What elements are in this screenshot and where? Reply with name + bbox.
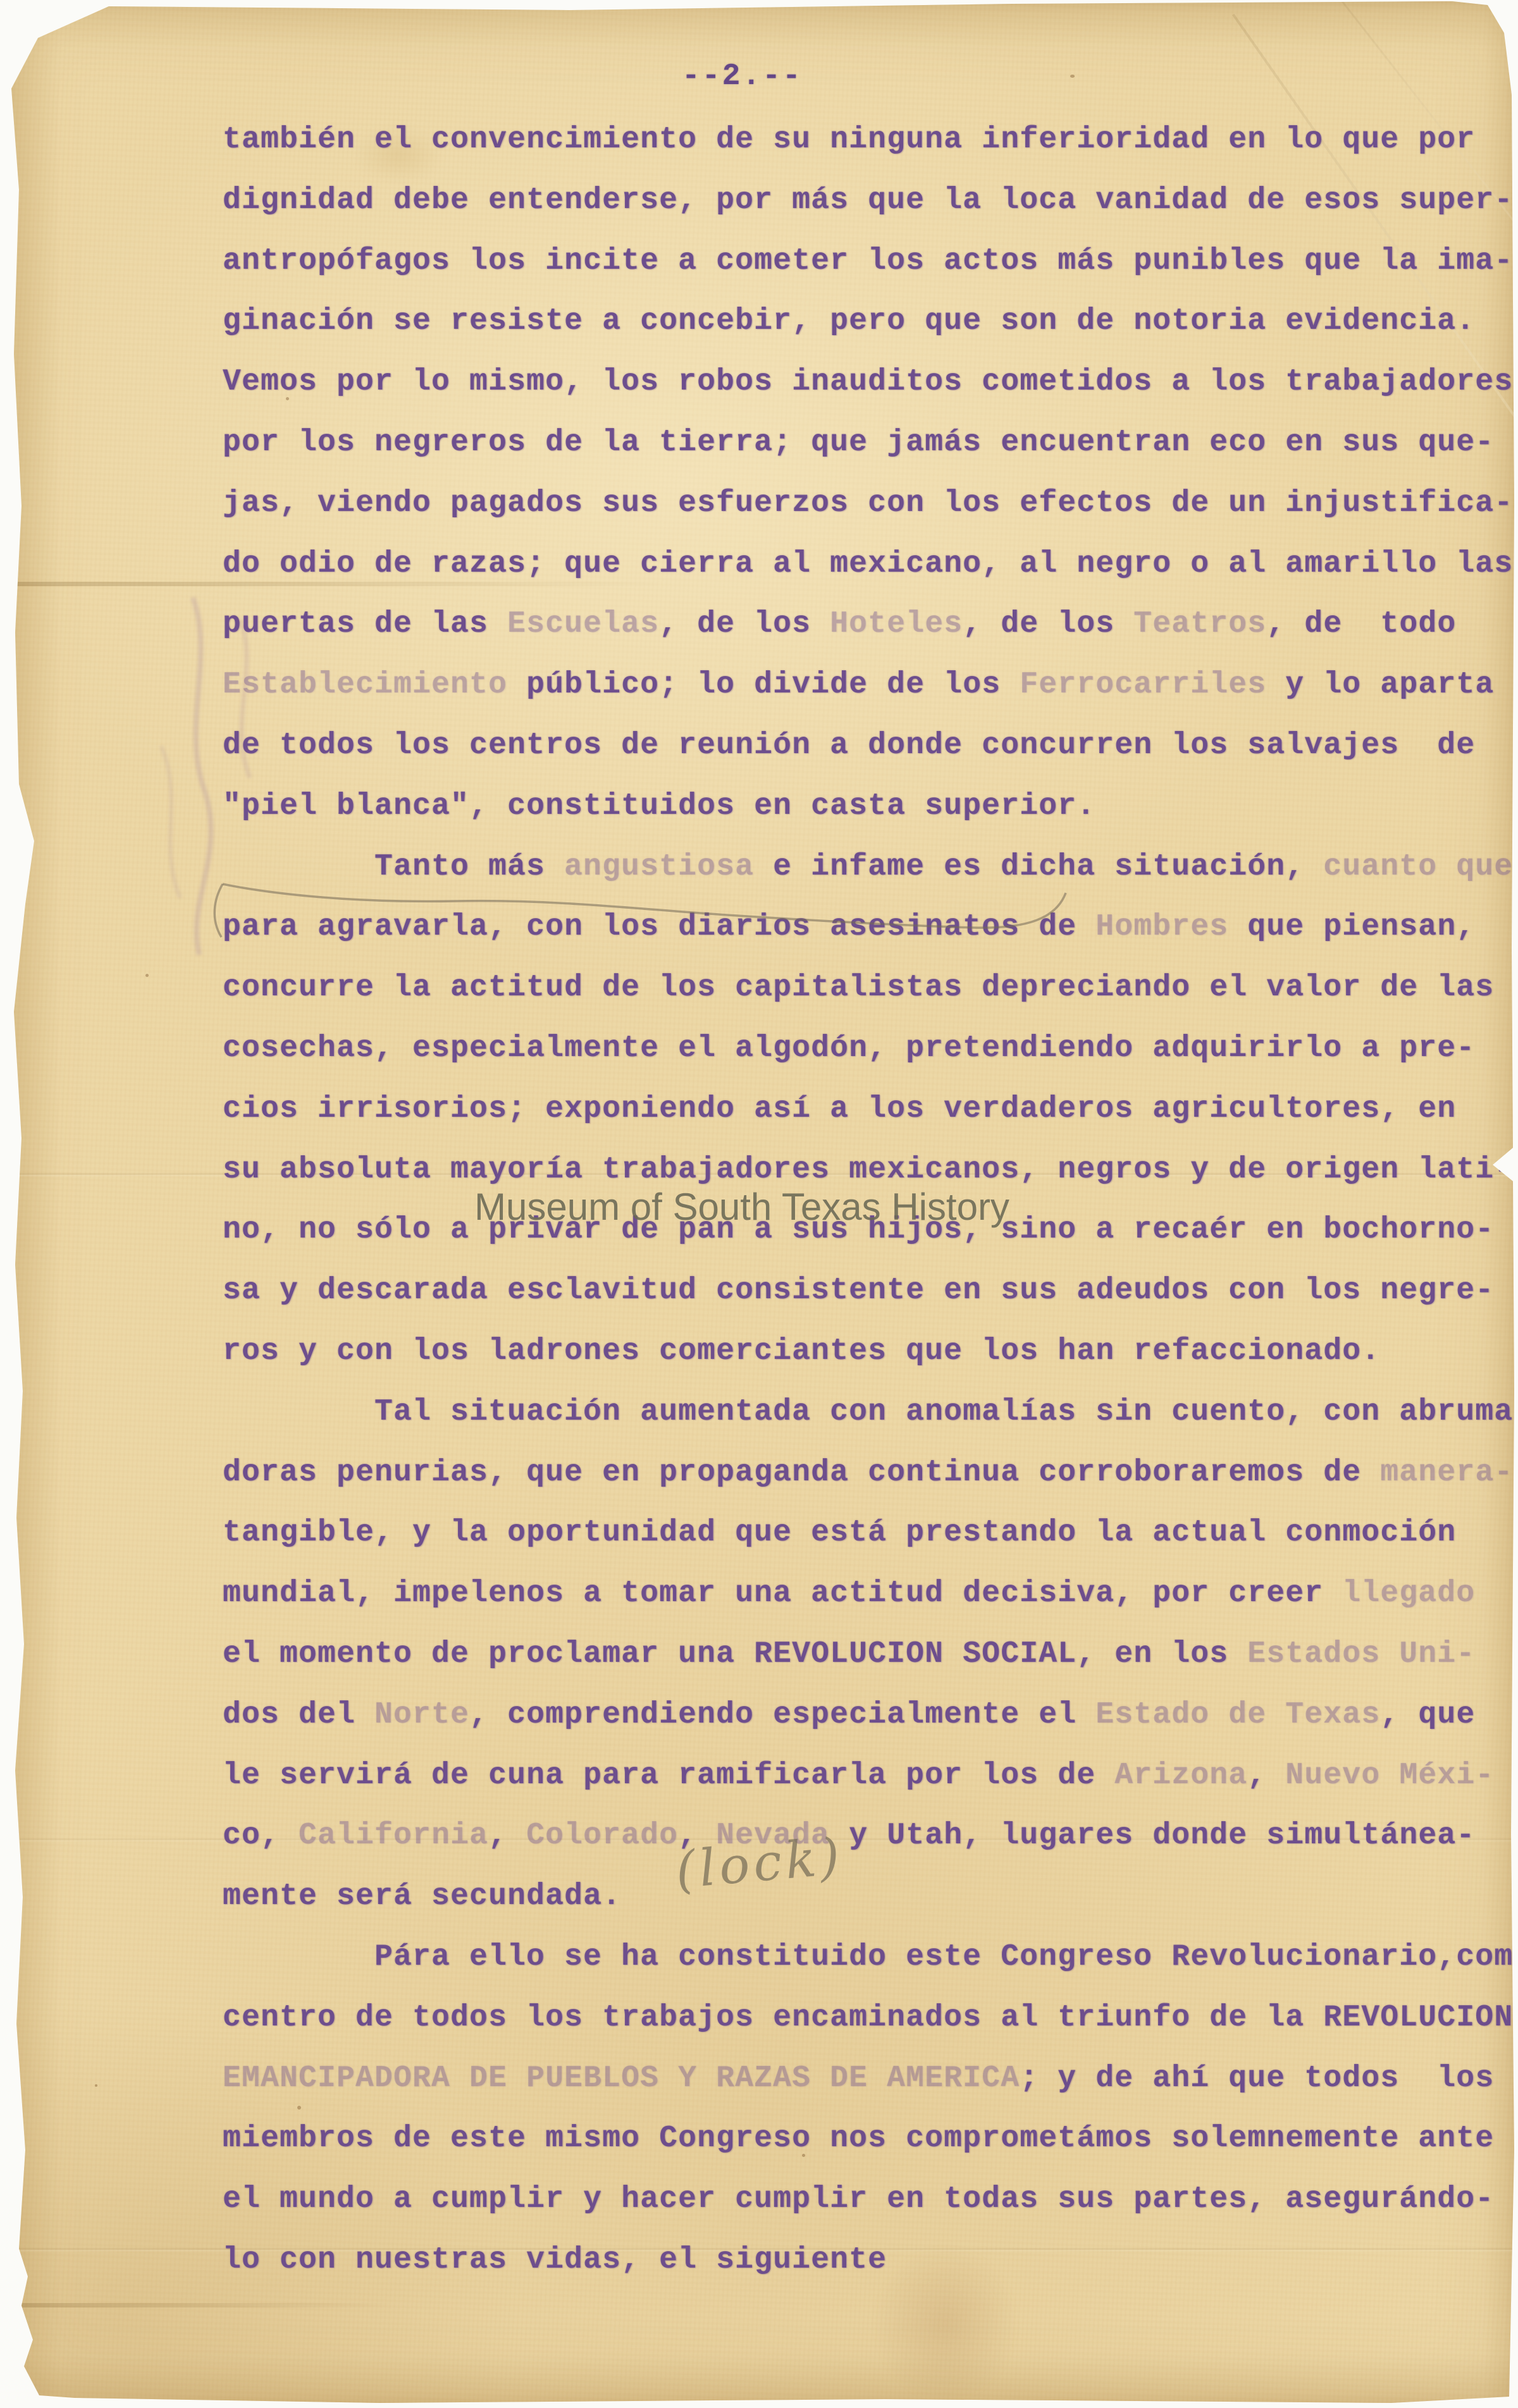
fold-crease (0, 2303, 392, 2307)
typed-line: de todos los centros de reunión a donde … (223, 716, 1518, 777)
typed-line: por los negreros de la tierra; que jamás… (223, 413, 1518, 474)
typed-line: Tanto más angustiosa e infame es dicha s… (223, 837, 1518, 898)
typed-line: ginación se resiste a concebir, pero que… (223, 292, 1518, 352)
typed-line: lo con nuestras vidas, el siguiente (223, 2230, 1518, 2291)
scanned-document: --2.-- también el convencimiento de su n… (0, 0, 1518, 2408)
typed-line: cios irrisorios; exponiendo así a los ve… (223, 1079, 1518, 1140)
typed-line: jas, viendo pagados sus esfuerzos con lo… (223, 474, 1518, 534)
typed-line: tangible, y la oportunidad que está pres… (223, 1503, 1518, 1564)
typed-line: concurre la actitud de los capitalistas … (223, 958, 1518, 1019)
typed-line: mente será secundada. (223, 1867, 1518, 1927)
typed-line: "piel blanca", constituidos en casta sup… (223, 777, 1518, 837)
typed-line: Pára ello se ha constituido este Congres… (223, 1927, 1518, 1988)
watermark-overlay: Museum of South Texas History (474, 1185, 1009, 1229)
typed-line: dos del Norte, comprendiendo especialmen… (223, 1685, 1518, 1746)
typed-line: Vemos por lo mismo, los robos inauditos … (223, 352, 1518, 413)
typed-line: cosechas, especialmente el algodón, pret… (223, 1019, 1518, 1079)
typed-line: puertas de las Escuelas, de los Hoteles,… (223, 594, 1518, 655)
page-number-header: --2.-- (682, 59, 803, 94)
typed-line: do odio de razas; que cierra al mexicano… (223, 534, 1518, 595)
typed-line: ros y con los ladrones comerciantes que … (223, 1322, 1518, 1382)
typed-line: miembros de este mismo Congreso nos comp… (223, 2109, 1518, 2170)
typed-line: doras penurias, que en propaganda contin… (223, 1443, 1518, 1504)
typed-line: Establecimiento público; lo divide de lo… (223, 655, 1518, 716)
typed-line: para agravarla, con los diarios asesinat… (223, 897, 1518, 958)
typed-line: dignidad debe entenderse, por más que la… (223, 171, 1518, 231)
paper-sheet: --2.-- también el convencimiento de su n… (0, 0, 1518, 2408)
typed-line: EMANCIPADORA DE PUEBLOS Y RAZAS DE AMERI… (223, 2049, 1518, 2110)
speck (1070, 75, 1075, 78)
typed-line: co, California, Colorado, Nevada y Utah,… (223, 1806, 1518, 1867)
typed-line: centro de todos los trabajos encaminados… (223, 1988, 1518, 2049)
speck (0, 1594, 3, 1597)
typed-line: mundial, impelenos a tomar una actitud d… (223, 1564, 1518, 1625)
typed-line: el momento de proclamar una REVOLUCION S… (223, 1625, 1518, 1685)
typed-line: el mundo a cumplir y hacer cumplir en to… (223, 2170, 1518, 2230)
typed-line: Tal situación aumentada con anomalías si… (223, 1382, 1518, 1443)
typed-line: también el convencimiento de su ninguna … (223, 110, 1518, 171)
typed-line: sa y descarada esclavitud consistente en… (223, 1261, 1518, 1322)
typed-line: antropófagos los incite a cometer los ac… (223, 231, 1518, 292)
typed-line: le servirá de cuna para ramificarla por … (223, 1746, 1518, 1807)
